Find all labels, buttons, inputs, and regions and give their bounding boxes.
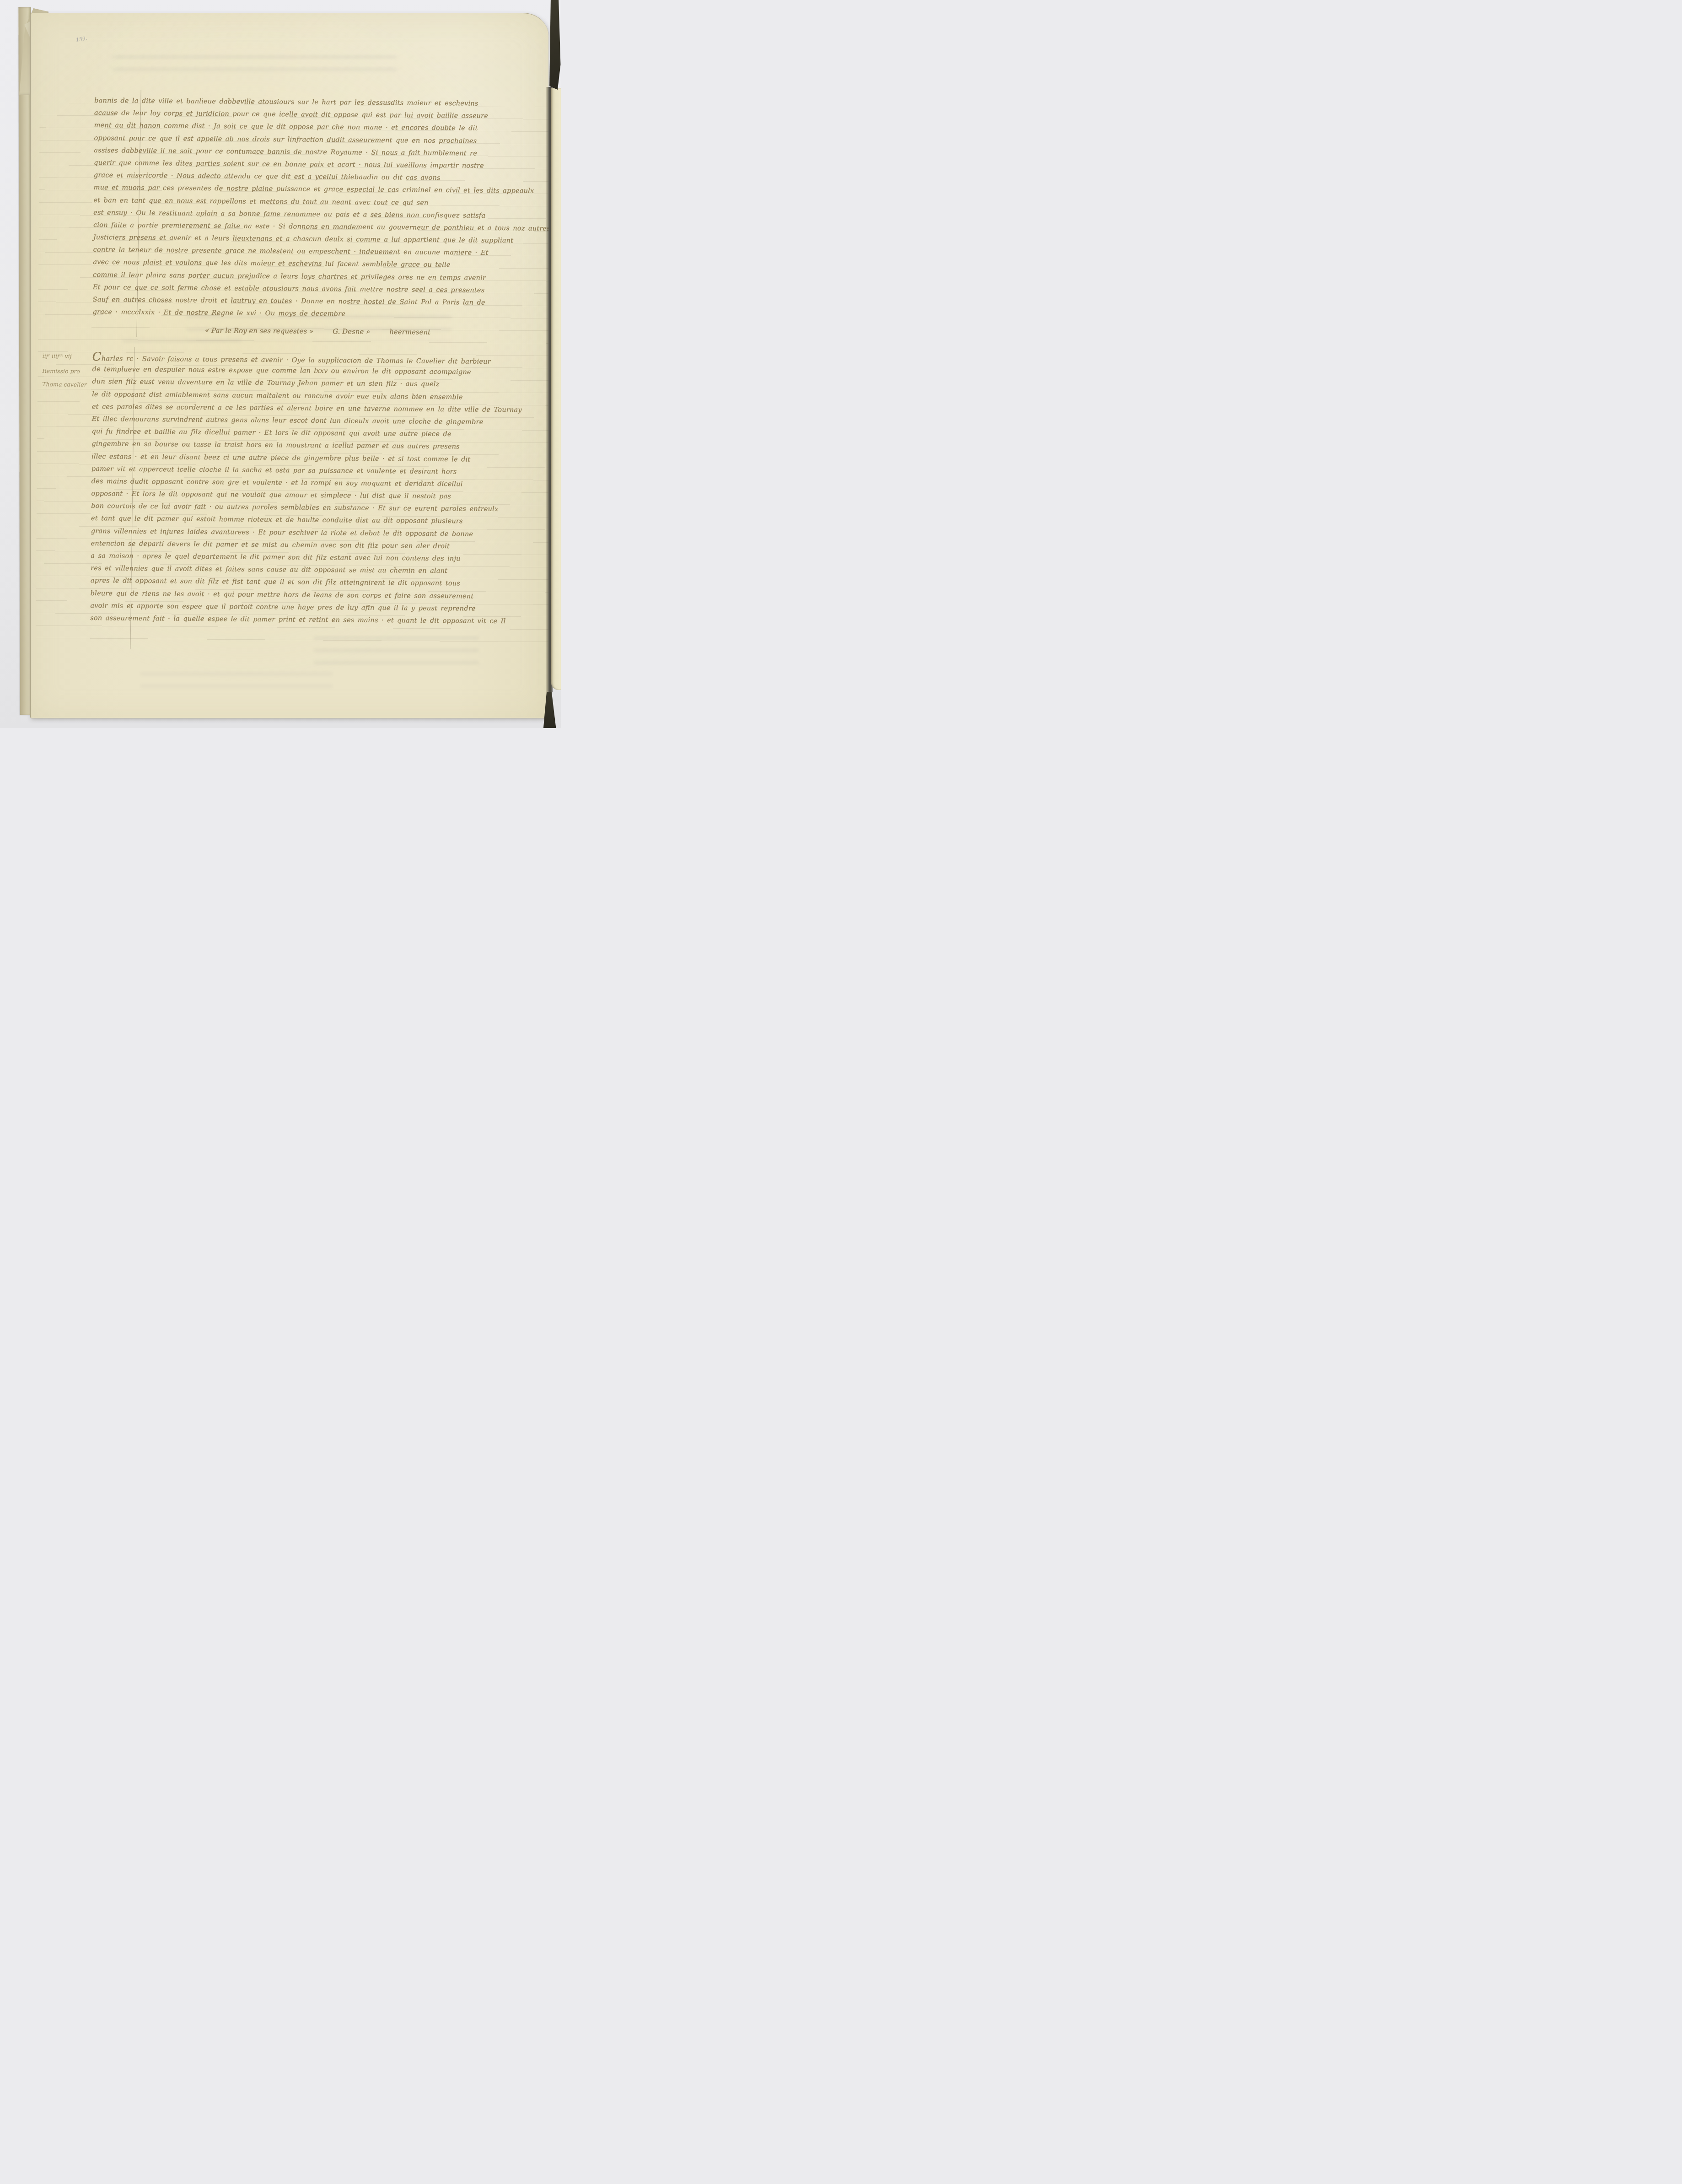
entry-1-text: bannis de la dite ville et banlieue dabb… bbox=[92, 95, 545, 322]
page-content: bannis de la dite ville et banlieue dabb… bbox=[30, 13, 548, 718]
margin-note-remissio: Remissio pro bbox=[42, 367, 90, 375]
subscription-signature: G. Desne » bbox=[333, 327, 370, 336]
subscription-left: « Par le Roy en ses requestes » bbox=[205, 326, 313, 335]
margin-entry-number: iijᶜ iiijˣˣ vij bbox=[43, 352, 91, 360]
chancery-subscription-line: « Par le Roy en ses requestes » G. Desne… bbox=[92, 325, 543, 337]
facing-page-edge bbox=[551, 88, 561, 690]
binding-strap-top bbox=[548, 0, 561, 90]
margin-note-name: Thoma cavelier bbox=[42, 381, 90, 388]
scan-background: 159. bannis de la dite ville et banlieue… bbox=[0, 0, 561, 728]
entry-2-text: Charles rc · Savoir faisons a tous prese… bbox=[90, 351, 543, 628]
manuscript-page: 159. bannis de la dite ville et banlieue… bbox=[30, 13, 548, 718]
subscription-right: heermesent bbox=[389, 328, 430, 336]
margin-note: iijᶜ iiijˣˣ vij Remissio pro Thoma cavel… bbox=[42, 352, 91, 388]
